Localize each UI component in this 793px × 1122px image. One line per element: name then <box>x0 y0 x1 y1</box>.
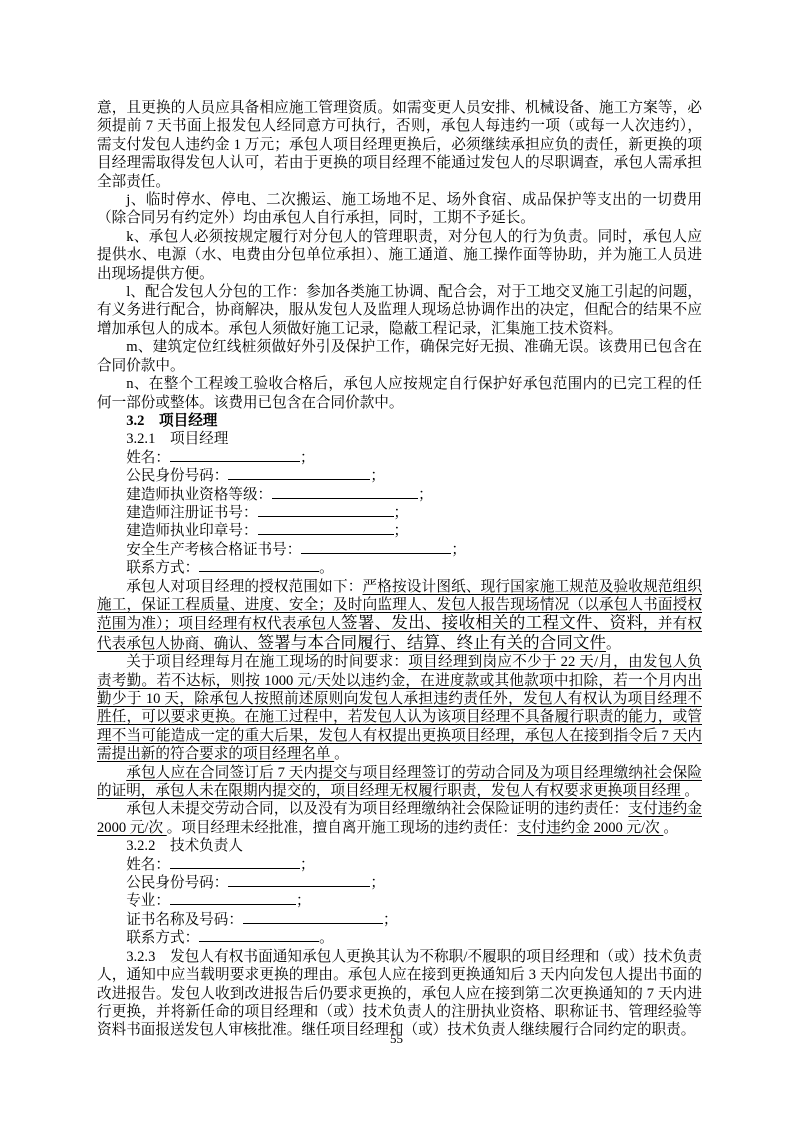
field-tail: ； <box>394 523 409 539</box>
blank-underline <box>170 449 300 461</box>
field-label: 姓名： <box>126 857 170 873</box>
blank-underline <box>243 911 383 923</box>
field-label: 专业： <box>126 893 170 909</box>
field-pm-registration-certificate: 建造师注册证书号：； <box>97 504 702 522</box>
field-pm-name: 姓名：； <box>97 449 702 467</box>
field-pm-id-number: 公民身份号码：； <box>97 467 702 485</box>
subheading-text: 3.2.1 项目经理 <box>126 431 228 447</box>
subheading-text: 3.2.2 技术负责人 <box>126 838 243 854</box>
paragraph-authorization-scope: 承包人对项目经理的授权范围如下：严格按设计图纸、现行国家施工规范及验收规范组织施… <box>97 578 702 654</box>
heading-text: 3.2 项目经理 <box>126 413 217 429</box>
field-label: 公民身份号码： <box>126 468 228 484</box>
text-segment: 关于项目经理每月在施工现场的时间要求： <box>126 654 408 670</box>
field-pm-qualification-grade: 建造师执业资格等级：； <box>97 486 702 504</box>
blank-underline <box>228 468 370 480</box>
contract-document-page: 意，且更换的人员应具备相应施工管理资质。如需变更人员安排、机械设备、施工方案等，… <box>0 0 793 1122</box>
text-segment: m、建筑定位红线桩须做好外引及保护工作，确保完好无损、准确无误。该费用已包含在合… <box>97 339 702 373</box>
text-segment: l、配合发包人分包的工作：参加各类施工协调、配合会，对于工地交叉施工引起的问题，… <box>97 284 702 337</box>
underlined-text: 签署与本合同履行、结算、终止有关的合同文件 <box>258 633 606 652</box>
text-segment: 。项目经理未经批准，擅自离开施工现场的违约责任： <box>167 820 517 836</box>
text-segment: 3.2.3 发包人有权书面通知承包人更换其认为不称职/不履职的项目经理和（或）技… <box>97 949 702 1039</box>
text-segment: 。 <box>684 783 699 799</box>
blank-underline <box>170 856 300 868</box>
field-tail: ； <box>370 875 385 891</box>
field-label: 联系方式： <box>126 560 199 576</box>
field-tail: ； <box>300 857 315 873</box>
paragraph-item-l: l、配合发包人分包的工作：参加各类施工协调、配合会，对于工地交叉施工引起的问题，… <box>97 283 702 338</box>
text-segment: 承包人未提交劳动合同，以及没有为项目经理缴纳社会保险证明的违约责任： <box>126 801 628 817</box>
subheading-3-2-1: 3.2.1 项目经理 <box>97 430 702 448</box>
blank-underline <box>272 486 418 498</box>
paragraph-item-j: j、临时停水、停电、二次搬运、施工场地不足、场外食宿、成品保护等支出的一切费用（… <box>97 191 702 228</box>
field-label: 安全生产考核合格证书号： <box>126 542 301 558</box>
field-tail: ； <box>451 542 466 558</box>
text-segment: 。 <box>606 636 621 652</box>
text-segment: j、临时停水、停电、二次搬运、施工场地不足、场外食宿、成品保护等支出的一切费用（… <box>97 192 702 226</box>
blank-underline <box>258 523 394 535</box>
blank-underline <box>170 893 296 905</box>
paragraph-item-n: n、在整个工程竣工验收合格后，承包人应按规定自行保护好承包范围内的已完工程的任何… <box>97 375 702 412</box>
paragraph-penalty: 承包人未提交劳动合同，以及没有为项目经理缴纳社会保险证明的违约责任：支付违约金 … <box>97 800 702 837</box>
underlined-text: 签署、发出、接收相关的工程文件、资料 <box>341 613 643 632</box>
field-label: 建造师执业资格等级： <box>126 487 272 503</box>
text-segment: k、承包人必须按规定履行对分包人的管理职责，对分包人的行为负责。同时，承包人应提… <box>97 229 702 282</box>
blank-underline <box>199 560 319 572</box>
field-tech-id-number: 公民身份号码：； <box>97 874 702 892</box>
paragraph-item-m: m、建筑定位红线桩须做好外引及保护工作，确保完好无损、准确无误。该费用已包含在合… <box>97 338 702 375</box>
text-segment: 承包人对项目经理的授权范围如下： <box>126 579 362 595</box>
field-tail: ； <box>370 468 385 484</box>
field-label: 姓名： <box>126 450 170 466</box>
blank-underline <box>301 541 451 553</box>
paragraph-item-k: k、承包人必须按规定履行对分包人的管理职责，对分包人的行为负责。同时，承包人应提… <box>97 228 702 283</box>
underlined-text: 项目经理到岗应不少于 22 天/月，由发包人负责考勤。若不达标，则按 1000 … <box>97 654 702 762</box>
field-tail: ； <box>394 505 409 521</box>
heading-3-2-project-manager: 3.2 项目经理 <box>97 412 702 430</box>
field-tail: 。 <box>319 560 334 576</box>
field-tech-certificate: 证书名称及号码：； <box>97 911 702 929</box>
paragraph-labor-contract: 承包人应在合同签订后 7 天内提交与项目经理签订的劳动合同及为项目经理缴纳社会保… <box>97 764 702 801</box>
field-pm-practice-seal: 建造师执业印章号：； <box>97 522 702 540</box>
page-number: 55 <box>0 1031 793 1047</box>
field-label: 联系方式： <box>126 930 199 946</box>
text-segment: 。 <box>663 820 678 836</box>
paragraph-replacement-personnel: 意，且更换的人员应具备相应施工管理资质。如需变更人员安排、机械设备、施工方案等，… <box>97 99 702 191</box>
paragraph-attendance-requirement: 关于项目经理每月在施工现场的时间要求：项目经理到岗应不少于 22 天/月，由发包… <box>97 653 702 763</box>
text-segment: n、在整个工程竣工验收合格后，承包人应按规定自行保护好承包范围内的已完工程的任何… <box>97 376 702 410</box>
field-pm-contact: 联系方式：。 <box>97 559 702 577</box>
field-label: 建造师注册证书号： <box>126 505 257 521</box>
field-label: 建造师执业印章号： <box>126 523 257 539</box>
document-body: 意，且更换的人员应具备相应施工管理资质。如需变更人员安排、机械设备、施工方案等，… <box>97 99 702 1040</box>
field-tail: ； <box>300 450 315 466</box>
field-label: 证书名称及号码： <box>126 912 243 928</box>
page-number-text: 55 <box>390 1031 403 1046</box>
field-tail: 。 <box>319 930 334 946</box>
paragraph-3-2-3-replacement: 3.2.3 发包人有权书面通知承包人更换其认为不称职/不履职的项目经理和（或）技… <box>97 948 702 1040</box>
blank-underline <box>199 930 319 942</box>
blank-underline <box>258 505 394 517</box>
field-tail: ； <box>418 487 433 503</box>
field-tech-major: 专业：； <box>97 892 702 910</box>
text-segment: 意，且更换的人员应具备相应施工管理资质。如需变更人员安排、机械设备、施工方案等，… <box>97 100 702 190</box>
field-tail: ； <box>296 893 311 909</box>
field-tech-contact: 联系方式：。 <box>97 929 702 947</box>
field-tech-name: 姓名：； <box>97 856 702 874</box>
field-tail: ； <box>383 912 398 928</box>
field-pm-safety-certificate: 安全生产考核合格证书号：； <box>97 541 702 559</box>
underlined-text: 支付违约金 2000 元/次 <box>517 820 663 836</box>
subheading-3-2-2: 3.2.2 技术负责人 <box>97 837 702 855</box>
text-segment: 。 <box>334 746 349 762</box>
field-label: 公民身份号码： <box>126 875 228 891</box>
blank-underline <box>228 875 370 887</box>
underlined-text: 承包人应在合同签订后 7 天内提交与项目经理签订的劳动合同及为项目经理缴纳社会保… <box>97 765 702 799</box>
